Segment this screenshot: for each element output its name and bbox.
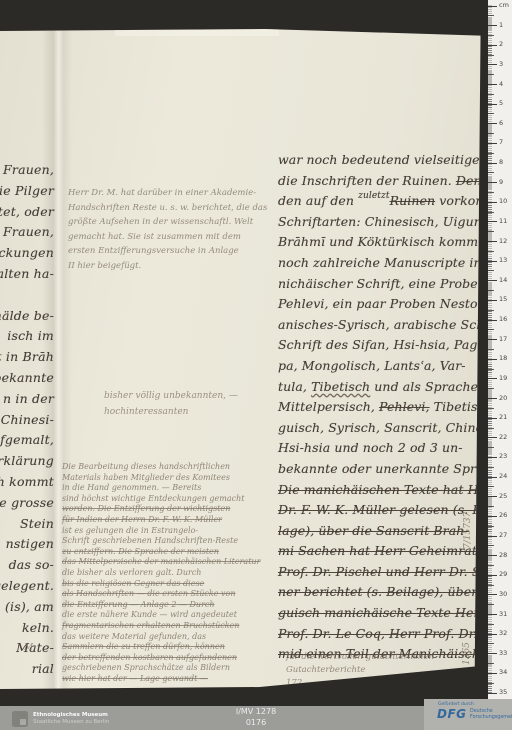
page-edge-highlight [115, 29, 279, 36]
margin-number-upper: 7/15737 [463, 485, 473, 549]
left-fragment-line: Stein [0, 514, 54, 535]
struck-text: Prof. Dr. Pischel und Herr Dr. Sie- [278, 564, 481, 579]
pencil-draft-line: bis die religiösen Gegner das diese [62, 579, 277, 590]
margin-mark-left: M [24, 643, 33, 653]
pencil-line: Gutachterberichte [286, 664, 466, 677]
ruler-cm-tick [488, 575, 497, 576]
ruler-half-cm-tick [488, 545, 494, 546]
ruler-half-cm-tick [488, 526, 494, 527]
pencil-draft-line: sind höchst wichtige Entdeckungen gemach… [62, 494, 277, 505]
ruler-cm-tick [488, 182, 497, 183]
ruler-half-cm-tick [488, 486, 494, 487]
ruler-half-cm-tick [488, 683, 494, 684]
ruler-cm-number: 19 [499, 375, 511, 382]
left-fragment-line: nstigen [0, 534, 54, 555]
ink-text-line: guisch manichäische Texte Herr [278, 603, 481, 624]
ruler-cm-number: 4 [499, 81, 511, 88]
pencil-line: ersten Entzifferungsversuche in Anlage [68, 244, 283, 259]
pencil-line: Herr Dr. M. hat darüber in einer Akademi… [68, 186, 283, 201]
ink-text-line: Prof. Dr. Pischel und Herr Dr. Sie- [278, 562, 481, 583]
ruler-cm-tick [488, 45, 497, 46]
ruler-half-cm-tick [488, 506, 494, 507]
ruler-half-cm-tick [488, 35, 494, 36]
ruler-cm-number: 8 [499, 159, 511, 166]
ink-text-line: pa, Mongolisch, Lantsʿa, Var- [278, 356, 481, 377]
pencil-line: für die wertvollen gutachterlichen [286, 651, 466, 664]
dfg-name-line2: Forschungsgemeinschaft [470, 715, 512, 721]
inserted-text: zuletzt [358, 191, 389, 201]
struck-text: Ruinen [390, 193, 436, 208]
left-fragment-line: nbekannte [0, 368, 54, 389]
pencil-line: hochinteressanten [104, 404, 284, 420]
struck-text: Dr. F. W. K. Müller gelesen (s. Bei- [278, 502, 481, 517]
pencil-annotation-upper: Herr Dr. M. hat darüber in einer Akademi… [68, 186, 283, 273]
struck-text: mi Sachen hat Herr Geheimrat [278, 543, 477, 558]
ruler-cm-tick [488, 693, 497, 694]
ruler-half-cm-tick [488, 270, 494, 271]
pencil-draft-line: die bisher als verloren galt. Durch [62, 568, 277, 579]
ruler-cm-number: 5 [499, 100, 511, 107]
pencil-draft-block: Die Bearbeitung dieses handschriftlichen… [62, 462, 277, 684]
ruler-half-cm-tick [488, 388, 494, 389]
ruler-half-cm-tick [488, 94, 494, 95]
ruler-cm-tick [488, 6, 497, 7]
ink-text: anisches-Syrisch, arabische Schrift, [278, 317, 481, 332]
ruler-cm-number: 30 [499, 591, 511, 598]
ruler-cm-number: 26 [499, 512, 511, 519]
pencil-draft-line: die Entzifferung — Anlage 2 — Durch [62, 600, 277, 611]
ruler-half-cm-tick [488, 212, 494, 213]
ruler-cm-number: 29 [499, 571, 511, 578]
ruler-cm-number: 32 [499, 630, 511, 637]
pencil-draft-line: der betreffenden kostbaren aufgefundenen [62, 653, 277, 664]
ink-text-line: Brāhmī und Köktürkisch kommen [278, 232, 481, 253]
ruler-cm-tick [488, 123, 497, 124]
ruler-cm-number: 3 [499, 61, 511, 68]
left-fragment-line: Erklärung [0, 451, 54, 472]
ruler-half-cm-tick [488, 192, 494, 193]
ruler-half-cm-tick [488, 113, 494, 114]
left-fragment-line: er Frauen, [0, 160, 54, 181]
left-fragment-line: richtet, oder [0, 202, 54, 223]
ink-text-line: Die manichäischen Texte hat Herr [278, 480, 481, 501]
ink-text-line: noch zahlreiche Manuscripte in ma- [278, 253, 481, 274]
ruler-half-cm-tick [488, 133, 494, 134]
ruler-cm-tick [488, 320, 497, 321]
ruler-half-cm-tick [488, 310, 494, 311]
ruler-half-cm-tick [488, 172, 494, 173]
ruler-half-cm-tick [488, 585, 494, 586]
ink-text-line: war noch bedeutend vielseitiger als [278, 150, 481, 171]
pencil-line: bisher völlig unbekannten, — [104, 388, 284, 404]
ink-text: noch zahlreiche Manuscripte in ma- [278, 255, 481, 270]
ruler-cm-number: 9 [499, 179, 511, 186]
ruler-half-cm-tick [488, 231, 494, 232]
pencil-draft-line: Schrift geschriebenen Handschriften-Rest… [62, 536, 277, 547]
ruler-cm-number: 1 [499, 22, 511, 29]
ruler-cm-tick [488, 536, 497, 537]
pencil-line: größte Aufsehen in der wissenschaftl. We… [68, 215, 283, 230]
ruler-cm-number: 27 [499, 532, 511, 539]
ruler-cm-number: 15 [499, 296, 511, 303]
ruler-unit-label: cm [499, 2, 511, 9]
pencil-line: II hier beigefügt. [68, 259, 283, 274]
left-fragment-line: die Pilger [0, 181, 54, 202]
pencil-draft-line: wie hier hat der — Lage gewandt — [62, 674, 277, 685]
ruler-half-cm-tick [488, 408, 494, 409]
pencil-draft-line: die erste nähere Kunde — wird angedeutet [62, 610, 277, 621]
dfg-logo: DFG [437, 707, 467, 721]
ruler-cm-tick [488, 202, 497, 203]
ruler-cm-tick [488, 300, 497, 301]
ruler-cm-tick [488, 25, 497, 26]
pencil-draft-line: in die Hand genommen. — Bereits [62, 483, 277, 494]
ruler-cm-number: 17 [499, 336, 511, 343]
ruler-cm-tick [488, 359, 497, 360]
ruler-cm-tick [488, 614, 497, 615]
ruler-cm-number: 24 [499, 473, 511, 480]
ruler-half-cm-tick [488, 467, 494, 468]
pencil-draft-line: zu entziffern. Die Sprache der meisten [62, 547, 277, 558]
left-fragment-line: gelegent. [0, 576, 54, 597]
left-page-text-fragments: er Frauen,die Pilgerrichtet, oderFrauen,… [0, 160, 54, 680]
struck-text: Denn [456, 173, 481, 188]
ink-text-line: lage), über die Sanscrit Brah- [278, 521, 481, 542]
ruler-cm-tick [488, 64, 497, 65]
dfg-full-name: Deutsche Forschungsgemeinschaft [470, 709, 512, 720]
ruler-cm-tick [488, 673, 497, 674]
ruler-cm-number: 33 [499, 650, 511, 657]
ruler-half-cm-tick [488, 624, 494, 625]
left-fragment-line: rial [0, 659, 54, 680]
ruler-cm-tick [488, 261, 497, 262]
ruler-half-cm-tick [488, 369, 494, 370]
ruler-cm-tick [488, 84, 497, 85]
ink-text: Tibetisch, Ui- [430, 399, 481, 414]
pencil-draft-line: als Handschriften — die ersten Stücke vo… [62, 589, 277, 600]
ruler-half-cm-tick [488, 329, 494, 330]
left-fragment-line: n in der [0, 389, 54, 410]
scan-viewer: er Frauen,die Pilgerrichtet, oderFrauen,… [0, 0, 512, 730]
ruler-cm-tick [488, 457, 497, 458]
ruler-half-cm-tick [488, 251, 494, 252]
ruler-half-cm-tick [488, 447, 494, 448]
pencil-draft-line: Die Bearbeitung dieses handschriftlichen [62, 462, 277, 473]
ink-text: tula, [278, 379, 311, 394]
left-fragment-line: Chinesi- [0, 410, 54, 431]
ink-text: Brāhmī und Köktürkisch kommen [278, 234, 481, 249]
ink-text: pa, Mongolisch, Lantsʿa, Var- [278, 358, 466, 373]
ink-text-line: Mittelpersisch, Pehlevi, Tibetisch, Ui- [278, 397, 481, 418]
manuscript-page: er Frauen,die Pilgerrichtet, oderFrauen,… [0, 29, 481, 689]
ruler-half-cm-tick [488, 55, 494, 56]
ruler-cm-tick [488, 143, 497, 144]
pencil-draft-line: worden. Die Entzifferung der wichtigsten [62, 504, 277, 515]
struck-text: guisch manichäische Texte Herr [278, 605, 481, 620]
pencil-annotation-middle: bisher völlig unbekannten, —hochinteress… [104, 388, 284, 420]
dfg-logo-panel: Gefördert durch DFG Deutsche Forschungsg… [424, 699, 512, 730]
struck-text: ner berichtet (s. Beilage), über ui- [278, 584, 481, 599]
ink-text: Schriftarten: Chinesisch, Uigurisch, [278, 214, 481, 229]
ink-text-line: Schriftarten: Chinesisch, Uigurisch, [278, 212, 481, 233]
ruler-cm-number: 18 [499, 355, 511, 362]
cm-ruler: cm12345678910111213141516171819202122232… [488, 0, 512, 706]
pencil-draft-line: das weitere Material gefunden, das [62, 632, 277, 643]
left-fragment-line: ich kommt [0, 472, 54, 493]
ruler-cm-number: 28 [499, 552, 511, 559]
ruler-cm-number: 20 [499, 395, 511, 402]
ink-text-line: nichäischer Schrift, eine Probe in [278, 274, 481, 295]
ruler-cm-number: 23 [499, 453, 511, 460]
ruler-cm-tick [488, 378, 497, 379]
ink-text-line: tula, Tibetisch und als Sprachen: [278, 377, 481, 398]
ruler-cm-number: 7 [499, 139, 511, 146]
ink-text: nichäischer Schrift, eine Probe in [278, 276, 481, 291]
left-fragment-line: rit in Brāh [0, 347, 54, 368]
ruler-cm-number: 13 [499, 257, 511, 264]
ink-text: den auf den [278, 193, 358, 208]
ruler-cm-number: 34 [499, 669, 511, 676]
left-fragment-line: ufgemalt, [0, 430, 54, 451]
ruler-cm-number: 35 [499, 689, 511, 696]
ruler-cm-tick [488, 418, 497, 419]
ruler-cm-number: 10 [499, 198, 511, 205]
pencil-draft-line: fragmentarischen erhaltenen Bruchstücken [62, 621, 277, 632]
ruler-half-cm-tick [488, 15, 494, 16]
pencil-line: 172 [286, 677, 466, 689]
left-fragment-line: keln. [0, 618, 54, 639]
pencil-line: Handschriften Reste u. s. w. berichtet, … [68, 201, 283, 216]
main-text-column: war noch bedeutend vielseitiger alsdie I… [278, 150, 481, 665]
left-fragment-line [0, 285, 54, 306]
ink-text-line: Pehlevi, ein paar Proben Nestori- [278, 294, 481, 315]
ink-text: war noch bedeutend vielseitiger als [278, 152, 481, 167]
ruler-cm-number: 31 [499, 611, 511, 618]
ruler-cm-tick [488, 163, 497, 164]
left-fragment-line: das so- [0, 555, 54, 576]
ruler-cm-tick [488, 241, 497, 242]
pencil-draft-line: für Indien der Herrn Dr. F. W. K. Müller [62, 515, 277, 526]
left-fragment-line: ine grosse [0, 493, 54, 514]
ruler-half-cm-tick [488, 643, 494, 644]
ink-text: vorkommenden [435, 193, 481, 208]
ruler-half-cm-tick [488, 349, 494, 350]
left-fragment-line: alten ha- [0, 264, 54, 285]
margin-number-lower: 1365 [462, 635, 472, 665]
ink-text-line: Dr. F. W. K. Müller gelesen (s. Bei- [278, 500, 481, 521]
ruler-cm-number: 14 [499, 277, 511, 284]
ruler-cm-tick [488, 398, 497, 399]
ruler-cm-number: 6 [499, 120, 511, 127]
ruler-half-cm-tick [488, 565, 494, 566]
ruler-half-cm-tick [488, 663, 494, 664]
left-fragment-line: (is), am [0, 597, 54, 618]
ink-text-line: ner berichtet (s. Beilage), über ui- [278, 582, 481, 603]
left-fragment-line: mälde be- [0, 306, 54, 327]
struck-text: Pehlevi, [379, 399, 430, 414]
ink-text-line: Prof. Dr. Le Coq, Herr Prof. Dr. Andreas [278, 624, 481, 645]
ruler-cm-number: 12 [499, 238, 511, 245]
ruler-cm-number: 25 [499, 493, 511, 500]
pencil-line: gemacht hat. Sie ist zusammen mit dem [68, 230, 283, 245]
ink-text-line: mi Sachen hat Herr Geheimrat [278, 541, 481, 562]
ruler-half-cm-tick [488, 74, 494, 75]
ink-text: Mittelpersisch, [278, 399, 379, 414]
pencil-draft-line: Materials haben Mitglieder des Komitees [62, 473, 277, 484]
ink-text: guisch, Syrisch, Sanscrit, Chinesisch, [278, 420, 481, 435]
ink-text-line: guisch, Syrisch, Sanscrit, Chinesisch, [278, 418, 481, 439]
ruler-cm-number: 22 [499, 434, 511, 441]
ink-text-line: bekannte oder unerkannte Sprachen. [278, 459, 481, 480]
ink-text: Hsi-hsia und noch 2 od 3 un- [278, 440, 463, 455]
ruler-cm-tick [488, 516, 497, 517]
ink-text: die Inschriften der Ruinen. [278, 173, 456, 188]
ruler-half-cm-tick [488, 290, 494, 291]
ink-text-line: Hsi-hsia und noch 2 od 3 un- [278, 438, 481, 459]
ruler-cm-number: 16 [499, 316, 511, 323]
pencil-draft-line: geschriebenen Sprachschätze als Bildern [62, 663, 277, 674]
ruler-cm-tick [488, 496, 497, 497]
ink-text-line: den auf den zuletztRuinen vorkommenden [278, 191, 481, 212]
left-fragment-line: Frauen, [0, 222, 54, 243]
ruler-half-cm-tick [488, 604, 494, 605]
ink-text-line: die Inschriften der Ruinen. Denn Zu [278, 171, 481, 192]
ruler-cm-tick [488, 477, 497, 478]
left-fragment-line: tdeckungen [0, 243, 54, 264]
struck-text: Die manichäischen Texte hat Herr [278, 482, 481, 497]
ruler-half-cm-tick [488, 428, 494, 429]
pencil-draft-line: Sammlern die zu treffen dürfen, können [62, 642, 277, 653]
ruler-cm-number: 11 [499, 218, 511, 225]
ruler-cm-number: 21 [499, 414, 511, 421]
ink-text-line: anisches-Syrisch, arabische Schrift, [278, 315, 481, 336]
ink-text: Pehlevi, ein paar Proben Nestori- [278, 296, 481, 311]
ink-text: und als Sprachen: [370, 379, 481, 394]
ink-text: Schrift des Sifan, Hsi-hsia, Pags- [278, 337, 481, 352]
ruler-cm-tick [488, 555, 497, 556]
ruler-cm-tick [488, 339, 497, 340]
ink-text-line: Schrift des Sifan, Hsi-hsia, Pags- [278, 335, 481, 356]
ink-text: Tibetisch [311, 379, 370, 394]
ruler-half-cm-tick [488, 153, 494, 154]
ruler-cm-tick [488, 594, 497, 595]
pencil-draft-line: ist es gelungen die in Estrangelo- [62, 526, 277, 537]
ruler-cm-tick [488, 280, 497, 281]
pencil-draft-line: das Mittelpersische der manichäischen Li… [62, 557, 277, 568]
left-fragment-line: isch im [0, 326, 54, 347]
ruler-cm-tick [488, 437, 497, 438]
ink-text: bekannte oder unerkannte Sprachen. [278, 461, 481, 476]
ruler-cm-tick [488, 653, 497, 654]
ruler-cm-number: 2 [499, 41, 511, 48]
pencil-annotation-bottom: für die wertvollen gutachterlichenGutach… [286, 651, 466, 689]
ruler-cm-tick [488, 104, 497, 105]
struck-text: lage), über die Sanscrit Brah- [278, 523, 469, 538]
struck-text: Prof. Dr. Le Coq, Herr Prof. Dr. Andreas [278, 626, 481, 641]
ruler-cm-tick [488, 221, 497, 222]
ruler-cm-tick [488, 634, 497, 635]
